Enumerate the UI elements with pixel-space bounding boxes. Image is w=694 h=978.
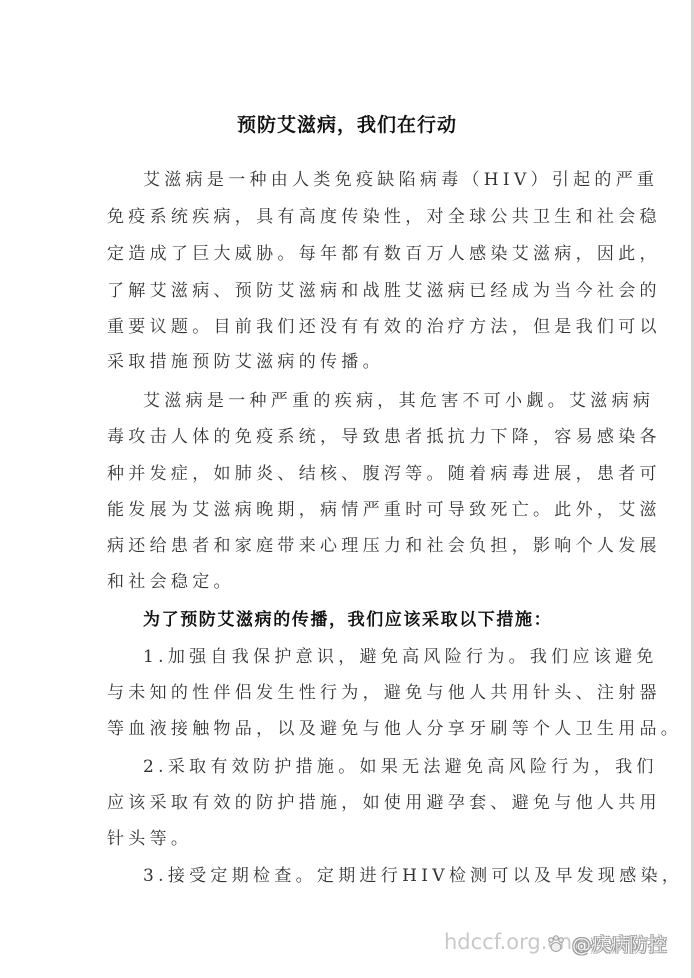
text-line: 1.加强自我保护意识，避免高风险行为。我们应该避免 — [143, 646, 658, 668]
text-line: 与未知的性伴侣发生性行为，避免与他人共用针头、注射器 — [107, 682, 661, 704]
paw-icon — [546, 934, 566, 954]
text-line: 艾滋病是一种由人类免疫缺陷病毒（HIV）引起的严重 — [143, 169, 658, 191]
text-line: 针头等。 — [107, 828, 192, 850]
text-line: 等血液接触物品，以及避免与他人分享牙刷等个人卫生用品。 — [107, 718, 682, 740]
text-line: 应该采取有效的防护措施，如使用避孕套、避免与他人共用 — [107, 792, 661, 814]
text-line: 3.接受定期检查。定期进行HIV检测可以及早发现感染， — [143, 865, 683, 887]
measures-heading: 为了预防艾滋病的传播，我们应该采取以下措施： — [143, 609, 552, 631]
text-line: 定造成了巨大威胁。每年都有数百万人感染艾滋病，因此， — [107, 243, 661, 265]
text-line: 免疫系统疾病，具有高度传染性，对全球公共卫生和社会稳 — [107, 206, 661, 228]
watermark-handle: @疾病防控 — [546, 930, 667, 957]
watermark-handle-text: @疾病防控 — [572, 934, 667, 956]
text-line: 种并发症，如肺炎、结核、腹泻等。随着病毒进展，患者可 — [107, 463, 661, 485]
text-line: 艾滋病是一种严重的疾病，其危害不可小觑。艾滋病病 — [143, 390, 654, 412]
text-line: 毒攻击人体的免疫系统，导致患者抵抗力下降，容易感染各 — [107, 426, 661, 448]
text-line: 了解艾滋病、预防艾滋病和战胜艾滋病已经成为当今社会的 — [107, 280, 661, 302]
text-line: 和社会稳定。 — [107, 571, 235, 593]
text-line: 2.采取有效防护措施。如果无法避免高风险行为，我们 — [143, 756, 658, 778]
text-line: 病还给患者和家庭带来心理压力和社会负担，影响个人发展 — [107, 535, 661, 557]
text-line: 采取措施预防艾滋病的传播。 — [107, 351, 384, 373]
watermark: hdccf.org.cn @疾病防控 — [444, 930, 572, 954]
text-line: 能发展为艾滋病晚期，病情严重时可导致死亡。此外，艾滋 — [107, 499, 661, 521]
text-line: 重要议题。目前我们还没有有效的治疗方法，但是我们可以 — [107, 316, 661, 338]
document-title: 预防艾滋病，我们在行动 — [0, 110, 694, 137]
